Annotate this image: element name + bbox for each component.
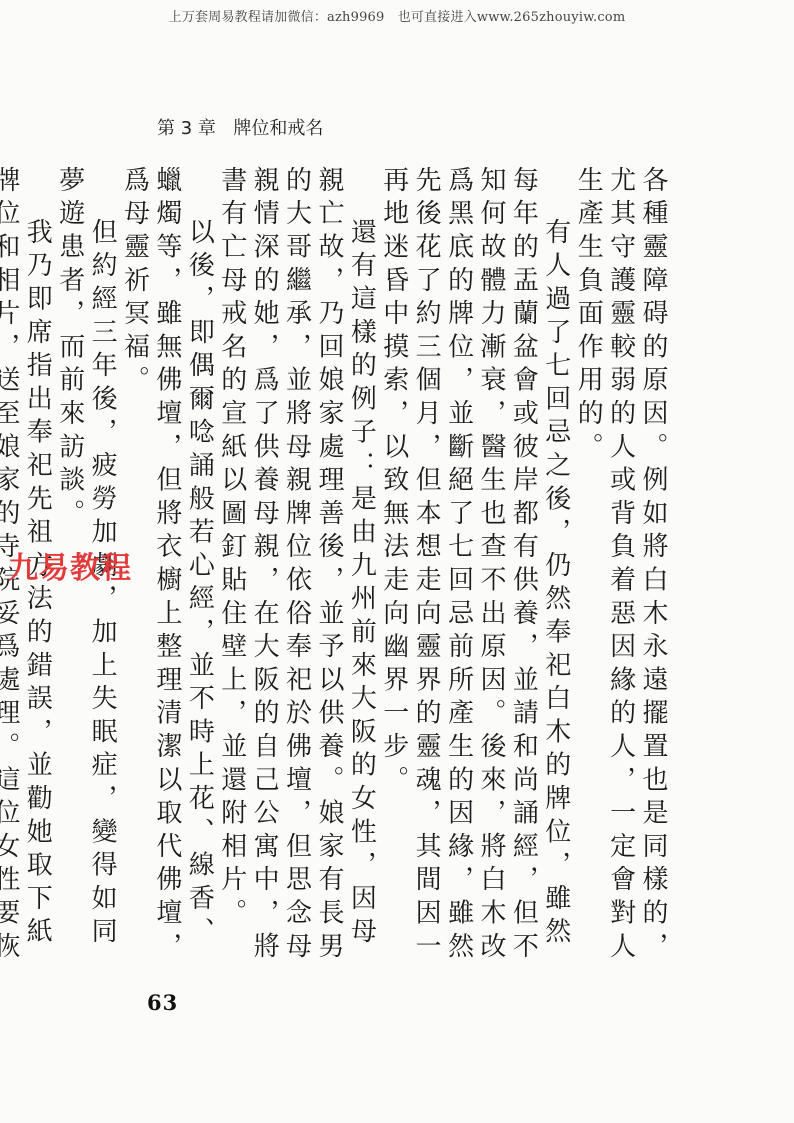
paragraph-2: 有人過了七回忌之後，仍然奉祀白木的牌位，雖然每年的盂蘭盆會或彼岸都有供養，並請和…	[377, 166, 571, 976]
chapter-title: 牌位和戒名	[233, 118, 323, 139]
paragraph-1: 各種靈障碍的原因。例如將白木永遠擺置也是同樣的，尤其守護靈較弱的人或背負着惡因緣…	[572, 166, 669, 976]
top-watermark-banner: 上万套周易教程请加微信：azh9969 也可直接进入www.265zhouyiw…	[0, 6, 794, 25]
chapter-number: 第 3 章	[157, 118, 216, 139]
chapter-header: 第 3 章 牌位和戒名	[157, 114, 323, 140]
paragraph-4: 以後，即偶爾唸誦般若心經，並不時上花、線香、蠟燭等，雖無佛壇，但將衣櫥上整理清潔…	[118, 166, 215, 976]
page-number: 63	[147, 990, 178, 1015]
side-watermark-logo: 九易教程	[8, 543, 132, 587]
paragraph-3: 還有這樣的例子：是由九州前來大阪的女性，因母親亡故，乃回娘家處理善後，並予以供養…	[215, 166, 377, 976]
